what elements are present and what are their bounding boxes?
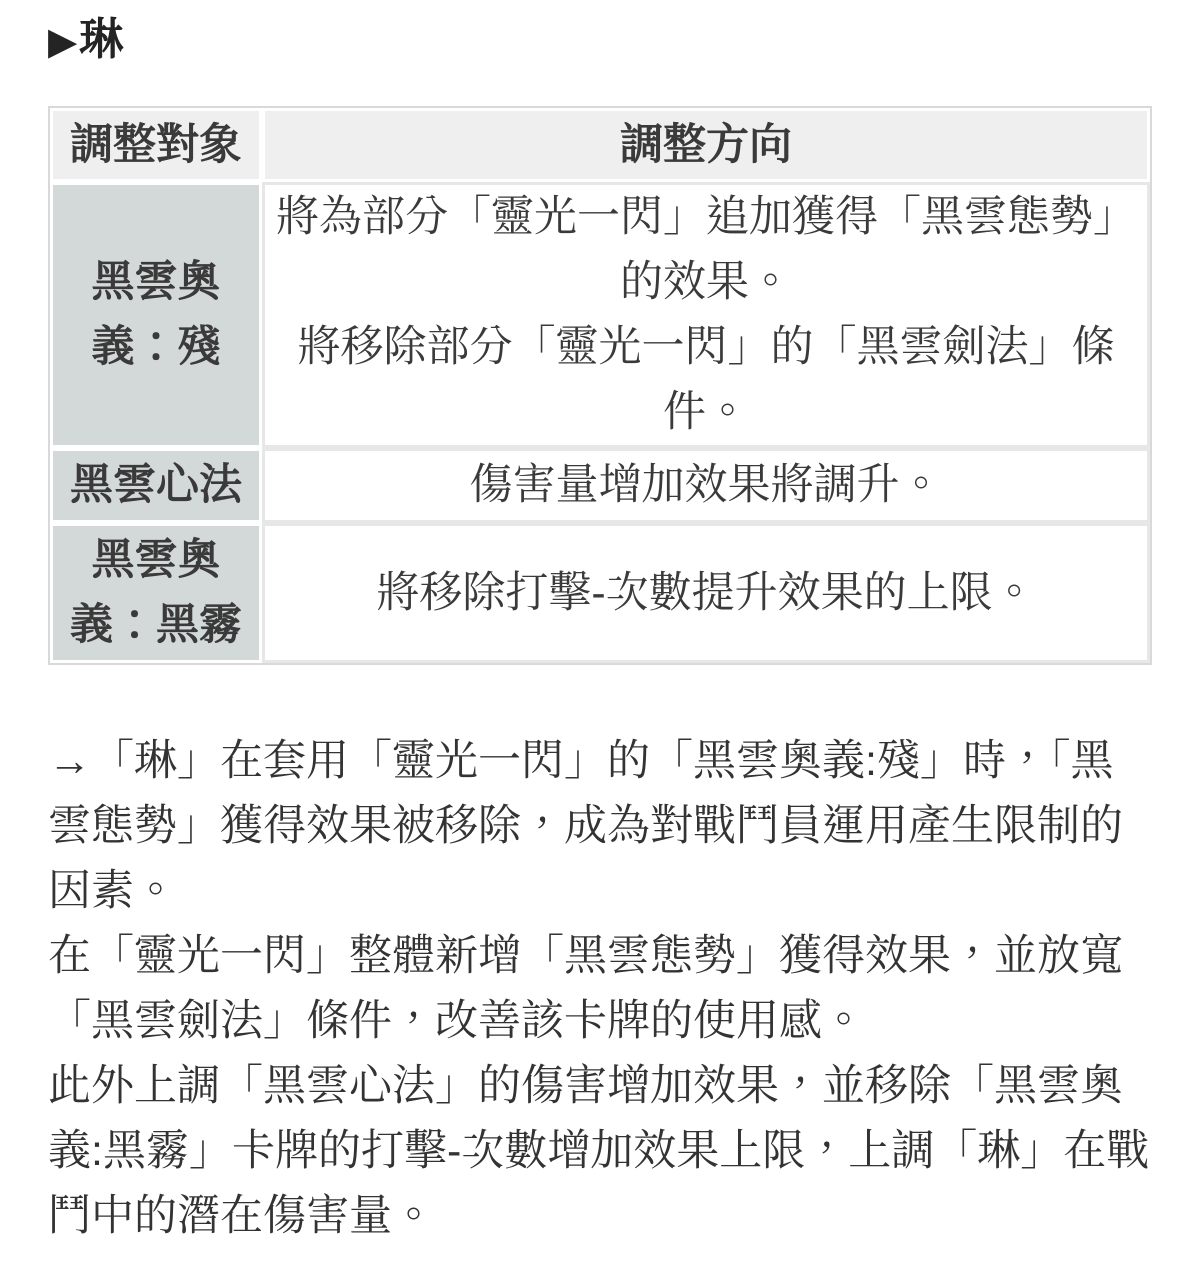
direction-cell: 將移除打擊-次數提升效果的上限。 xyxy=(262,523,1150,663)
direction-cell: 將為部分「靈光一閃」追加獲得「黑雲態勢」的效果。 將移除部分「靈光一閃」的「黑雲… xyxy=(262,182,1150,448)
target-cell: 黑雲奧義：黑霧 xyxy=(50,523,262,663)
table-row: 黑雲心法 傷害量增加效果將調升。 xyxy=(50,448,1150,523)
direction-cell: 傷害量增加效果將調升。 xyxy=(262,448,1150,523)
adjustment-table: 調整對象 調整方向 黑雲奧義：殘 將為部分「靈光一閃」追加獲得「黑雲態勢」的效果… xyxy=(48,106,1152,665)
commentary-paragraph: 在「靈光一閃」整體新增「黑雲態勢」獲得效果，並放寬「黑雲劍法」條件，改善該卡牌的… xyxy=(48,924,1152,1054)
commentary-paragraph: →「琳」在套用「靈光一閃」的「黑雲奧義:殘」時，「黑雲態勢」獲得效果被移除，成為… xyxy=(48,729,1152,924)
page-title: ▶琳 xyxy=(48,14,1152,68)
table-row: 黑雲奧義：殘 將為部分「靈光一閃」追加獲得「黑雲態勢」的效果。 將移除部分「靈光… xyxy=(50,182,1150,448)
triangle-bullet-icon: ▶ xyxy=(48,21,77,63)
table-row: 黑雲奧義：黑霧 將移除打擊-次數提升效果的上限。 xyxy=(50,523,1150,663)
header-adjust-direction: 調整方向 xyxy=(262,108,1150,182)
commentary-block: →「琳」在套用「靈光一閃」的「黑雲奧義:殘」時，「黑雲態勢」獲得效果被移除，成為… xyxy=(48,729,1152,1249)
table-header-row: 調整對象 調整方向 xyxy=(50,108,1150,182)
page-title-text: 琳 xyxy=(79,15,123,64)
header-adjust-target: 調整對象 xyxy=(50,108,262,182)
target-cell: 黑雲心法 xyxy=(50,448,262,523)
commentary-paragraph: 此外上調「黑雲心法」的傷害增加效果，並移除「黑雲奧義:黑霧」卡牌的打擊-次數增加… xyxy=(48,1054,1152,1249)
target-cell: 黑雲奧義：殘 xyxy=(50,182,262,448)
page-content: ▶琳 調整對象 調整方向 黑雲奧義：殘 將為部分「靈光一閃」追加獲得「黑雲態勢」… xyxy=(0,0,1199,1249)
